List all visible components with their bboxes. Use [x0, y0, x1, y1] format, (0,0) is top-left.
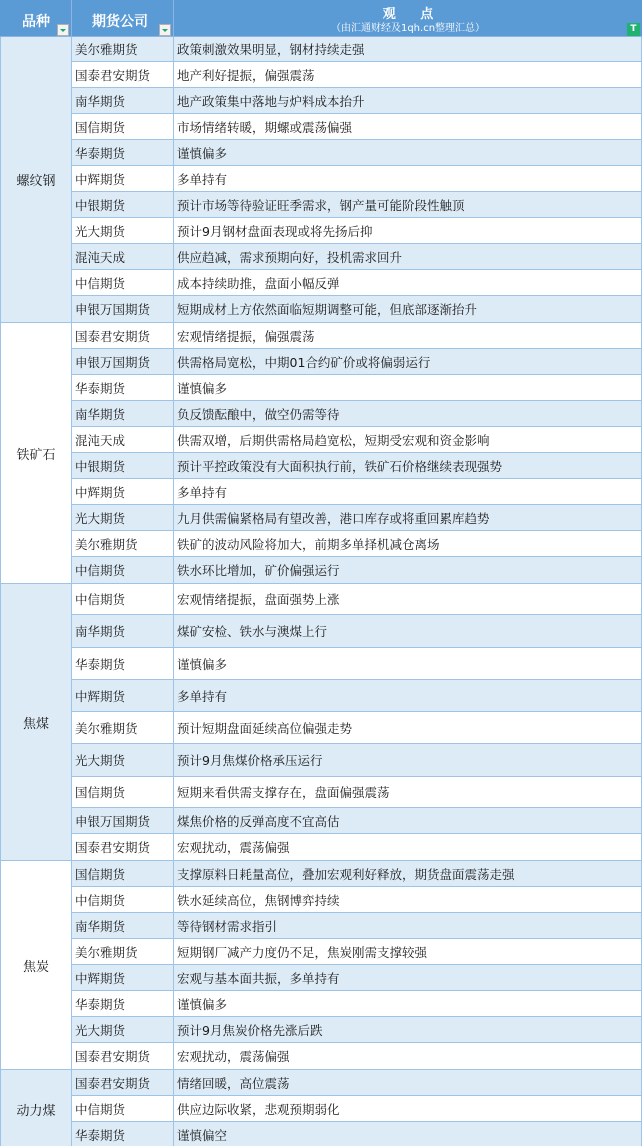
view-cell[interactable]: 谨慎偏多 [174, 648, 642, 679]
table-row: 国信期货市场情绪转暖，期螺或震荡偏强 [72, 114, 642, 140]
table-row: 申银万国期货短期成材上方依然面临短期调整可能，但底部逐渐抬升 [72, 296, 642, 322]
view-cell[interactable]: 供应边际收紧，悲观预期弱化 [174, 1096, 642, 1121]
category-group: 铁矿石国泰君安期货宏观情绪提振，偏强震荡申银万国期货供需格局宽松，中期01合约矿… [0, 323, 642, 584]
view-cell[interactable]: 预计9月钢材盘面表现或将先扬后抑 [174, 218, 642, 243]
table-row: 美尔雅期货政策刺激效果明显，钢材持续走强 [72, 37, 642, 62]
company-cell[interactable]: 南华期货 [72, 913, 174, 938]
group-rows: 国泰君安期货宏观情绪提振，偏强震荡申银万国期货供需格局宽松，中期01合约矿价或将… [72, 323, 642, 583]
view-cell[interactable]: 情绪回暖，高位震荡 [174, 1070, 642, 1095]
group-rows: 国信期货支撑原料日耗量高位，叠加宏观利好释放，期货盘面震荡走强中信期货铁水延续高… [72, 861, 642, 1069]
table-row: 中辉期货多单持有 [72, 166, 642, 192]
table-row: 中银期货预计平控政策没有大面积执行前，铁矿石价格继续表现强势 [72, 453, 642, 479]
table-row: 光大期货预计9月钢材盘面表现或将先扬后抑 [72, 218, 642, 244]
company-cell[interactable]: 申银万国期货 [72, 349, 174, 374]
company-cell[interactable]: 光大期货 [72, 218, 174, 243]
table-row: 申银万国期货供需格局宽松，中期01合约矿价或将偏弱运行 [72, 349, 642, 375]
view-cell[interactable]: 地产利好提振，偏强震荡 [174, 62, 642, 87]
company-cell[interactable]: 国泰君安期货 [72, 1043, 174, 1069]
header-company: 期货公司 [72, 0, 174, 37]
view-cell[interactable]: 谨慎偏多 [174, 140, 642, 165]
company-cell[interactable]: 中辉期货 [72, 479, 174, 504]
company-cell[interactable]: 南华期货 [72, 88, 174, 113]
table-row: 申银万国期货煤焦价格的反弹高度不宜高估 [72, 808, 642, 834]
group-rows: 中信期货宏观情绪提振，盘面强势上涨南华期货煤矿安检、铁水与澳煤上行华泰期货谨慎偏… [72, 584, 642, 860]
view-cell[interactable]: 支撑原料日耗量高位，叠加宏观利好释放，期货盘面震荡走强 [174, 861, 642, 886]
view-cell[interactable]: 短期来看供需支撑存在，盘面偏强震荡 [174, 777, 642, 807]
view-cell[interactable]: 铁矿的波动风险将加大，前期多单择机减仓离场 [174, 531, 642, 556]
view-cell[interactable]: 供需格局宽松，中期01合约矿价或将偏弱运行 [174, 349, 642, 374]
company-cell[interactable]: 中信期货 [72, 887, 174, 912]
header-view-subtitle: （由汇通财经及1qh.cn整理汇总） [174, 19, 642, 34]
company-cell[interactable]: 中信期货 [72, 270, 174, 295]
view-cell[interactable]: 负反馈酝酿中，做空仍需等待 [174, 401, 642, 426]
company-cell[interactable]: 美尔雅期货 [72, 531, 174, 556]
view-cell[interactable]: 多单持有 [174, 166, 642, 191]
company-cell[interactable]: 美尔雅期货 [72, 939, 174, 964]
view-cell[interactable]: 谨慎偏多 [174, 991, 642, 1016]
category-group: 动力煤国泰君安期货情绪回暖，高位震荡中信期货供应边际收紧，悲观预期弱化华泰期货谨… [0, 1070, 642, 1146]
view-cell[interactable]: 谨慎偏多 [174, 375, 642, 400]
company-cell[interactable]: 美尔雅期货 [72, 37, 174, 61]
table-row: 中信期货铁水环比增加，矿价偏强运行 [72, 557, 642, 583]
header-category-label: 品种 [22, 11, 50, 31]
company-cell[interactable]: 国信期货 [72, 777, 174, 807]
view-cell[interactable]: 铁水环比增加，矿价偏强运行 [174, 557, 642, 583]
group-rows: 国泰君安期货情绪回暖，高位震荡中信期货供应边际收紧，悲观预期弱化华泰期货谨慎偏空 [72, 1070, 642, 1146]
table-row: 国泰君安期货宏观扰动，震荡偏强 [72, 834, 642, 860]
table-row: 国信期货支撑原料日耗量高位，叠加宏观利好释放，期货盘面震荡走强 [72, 861, 642, 887]
table-row: 中辉期货多单持有 [72, 479, 642, 505]
view-cell[interactable]: 九月供需偏紧格局有望改善，港口库存或将重回累库趋势 [174, 505, 642, 530]
category-cell[interactable]: 动力煤 [0, 1070, 72, 1146]
table-row: 南华期货等待钢材需求指引 [72, 913, 642, 939]
view-cell[interactable]: 预计短期盘面延续高位偏强走势 [174, 712, 642, 743]
company-cell[interactable]: 中信期货 [72, 584, 174, 614]
company-cell[interactable]: 国信期货 [72, 114, 174, 139]
table-row: 华泰期货谨慎偏多 [72, 375, 642, 401]
company-cell[interactable]: 中银期货 [72, 192, 174, 217]
table-row: 南华期货地产政策集中落地与炉料成本抬升 [72, 88, 642, 114]
table-row: 美尔雅期货预计短期盘面延续高位偏强走势 [72, 712, 642, 744]
table-row: 中银期货预计市场等待验证旺季需求，钢产量可能阶段性触顶 [72, 192, 642, 218]
view-cell[interactable]: 短期钢厂减产力度仍不足，焦炭刚需支撑较强 [174, 939, 642, 964]
table-row: 中信期货成本持续助推，盘面小幅反弹 [72, 270, 642, 296]
header-view: 观 点 （由汇通财经及1qh.cn整理汇总） T [174, 0, 642, 37]
table-row: 光大期货九月供需偏紧格局有望改善，港口库存或将重回累库趋势 [72, 505, 642, 531]
table-row: 国泰君安期货情绪回暖，高位震荡 [72, 1070, 642, 1096]
company-cell[interactable]: 中银期货 [72, 453, 174, 478]
table-row: 国泰君安期货地产利好提振，偏强震荡 [72, 62, 642, 88]
table-row: 中信期货铁水延续高位，焦钢博弈持续 [72, 887, 642, 913]
company-cell[interactable]: 国泰君安期货 [72, 834, 174, 860]
table-row: 国泰君安期货宏观扰动，震荡偏强 [72, 1043, 642, 1069]
company-cell[interactable]: 申银万国期货 [72, 296, 174, 322]
view-cell[interactable]: 供应趋减，需求预期向好，投机需求回升 [174, 244, 642, 269]
table-row: 南华期货负反馈酝酿中，做空仍需等待 [72, 401, 642, 427]
group-rows: 美尔雅期货政策刺激效果明显，钢材持续走强国泰君安期货地产利好提振，偏强震荡南华期… [72, 37, 642, 322]
company-cell[interactable]: 南华期货 [72, 401, 174, 426]
table-row: 光大期货预计9月焦煤价格承压运行 [72, 744, 642, 777]
view-cell[interactable]: 煤矿安检、铁水与澳煤上行 [174, 615, 642, 647]
dropdown-arrow-icon[interactable] [57, 24, 69, 36]
table-header: 品种 期货公司 观 点 （由汇通财经及1qh.cn整理汇总） T [0, 0, 642, 37]
filter-icon[interactable]: T [627, 23, 640, 36]
view-cell[interactable]: 等待钢材需求指引 [174, 913, 642, 938]
futures-opinion-sheet: 品种 期货公司 观 点 （由汇通财经及1qh.cn整理汇总） T 螺纹钢美尔雅期… [0, 0, 642, 1146]
company-cell[interactable]: 中辉期货 [72, 965, 174, 990]
table-row: 光大期货预计9月焦炭价格先涨后跌 [72, 1017, 642, 1043]
company-cell[interactable]: 混沌天成 [72, 427, 174, 452]
table-row: 华泰期货谨慎偏多 [72, 140, 642, 166]
view-cell[interactable]: 预计市场等待验证旺季需求，钢产量可能阶段性触顶 [174, 192, 642, 217]
company-cell[interactable]: 光大期货 [72, 1017, 174, 1042]
header-company-label: 期货公司 [92, 11, 148, 31]
view-cell[interactable]: 预计9月焦煤价格承压运行 [174, 744, 642, 776]
company-cell[interactable]: 中辉期货 [72, 680, 174, 711]
company-cell[interactable]: 华泰期货 [72, 375, 174, 400]
table-row: 美尔雅期货铁矿的波动风险将加大，前期多单择机减仓离场 [72, 531, 642, 557]
company-cell[interactable]: 华泰期货 [72, 140, 174, 165]
table-body: 螺纹钢美尔雅期货政策刺激效果明显，钢材持续走强国泰君安期货地产利好提振，偏强震荡… [0, 37, 642, 1146]
company-cell[interactable]: 华泰期货 [72, 1122, 174, 1146]
view-cell[interactable]: 宏观扰动，震荡偏强 [174, 1043, 642, 1069]
view-cell[interactable]: 供需双增，后期供需格局趋宽松，短期受宏观和资金影响 [174, 427, 642, 452]
view-cell[interactable]: 地产政策集中落地与炉料成本抬升 [174, 88, 642, 113]
table-row: 华泰期货谨慎偏多 [72, 648, 642, 680]
table-row: 中辉期货多单持有 [72, 680, 642, 712]
table-row: 美尔雅期货短期钢厂减产力度仍不足，焦炭刚需支撑较强 [72, 939, 642, 965]
company-cell[interactable]: 光大期货 [72, 505, 174, 530]
company-cell[interactable]: 中辉期货 [72, 166, 174, 191]
company-cell[interactable]: 混沌天成 [72, 244, 174, 269]
table-row: 南华期货煤矿安检、铁水与澳煤上行 [72, 615, 642, 648]
view-cell[interactable]: 多单持有 [174, 479, 642, 504]
company-cell[interactable]: 美尔雅期货 [72, 712, 174, 743]
table-row: 中辉期货宏观与基本面共振，多单持有 [72, 965, 642, 991]
company-cell[interactable]: 国泰君安期货 [72, 323, 174, 348]
view-cell[interactable]: 宏观情绪提振，盘面强势上涨 [174, 584, 642, 614]
table-row: 中信期货供应边际收紧，悲观预期弱化 [72, 1096, 642, 1122]
company-cell[interactable]: 国泰君安期货 [72, 1070, 174, 1095]
view-cell[interactable]: 预计平控政策没有大面积执行前，铁矿石价格继续表现强势 [174, 453, 642, 478]
table-row: 国泰君安期货宏观情绪提振，偏强震荡 [72, 323, 642, 349]
view-cell[interactable]: 宏观情绪提振，偏强震荡 [174, 323, 642, 348]
view-cell[interactable]: 短期成材上方依然面临短期调整可能，但底部逐渐抬升 [174, 296, 642, 322]
view-cell[interactable]: 谨慎偏空 [174, 1122, 642, 1146]
dropdown-arrow-icon[interactable] [159, 24, 171, 36]
category-cell[interactable]: 焦炭 [0, 861, 72, 1069]
view-cell[interactable]: 铁水延续高位，焦钢博弈持续 [174, 887, 642, 912]
table-row: 华泰期货谨慎偏多 [72, 991, 642, 1017]
category-group: 螺纹钢美尔雅期货政策刺激效果明显，钢材持续走强国泰君安期货地产利好提振，偏强震荡… [0, 37, 642, 323]
category-cell[interactable]: 焦煤 [0, 584, 72, 860]
table-row: 国信期货短期来看供需支撑存在，盘面偏强震荡 [72, 777, 642, 808]
table-row: 中信期货宏观情绪提振，盘面强势上涨 [72, 584, 642, 615]
company-cell[interactable]: 南华期货 [72, 615, 174, 647]
company-cell[interactable]: 申银万国期货 [72, 808, 174, 833]
company-cell[interactable]: 国信期货 [72, 861, 174, 886]
view-cell[interactable]: 政策刺激效果明显，钢材持续走强 [174, 37, 642, 61]
company-cell[interactable]: 中信期货 [72, 1096, 174, 1121]
category-cell[interactable]: 螺纹钢 [0, 37, 72, 322]
company-cell[interactable]: 国泰君安期货 [72, 62, 174, 87]
view-cell[interactable]: 市场情绪转暖，期螺或震荡偏强 [174, 114, 642, 139]
table-row: 混沌天成供应趋减，需求预期向好，投机需求回升 [72, 244, 642, 270]
view-cell[interactable]: 成本持续助推，盘面小幅反弹 [174, 270, 642, 295]
category-group: 焦炭国信期货支撑原料日耗量高位，叠加宏观利好释放，期货盘面震荡走强中信期货铁水延… [0, 861, 642, 1070]
company-cell[interactable]: 华泰期货 [72, 648, 174, 679]
table-row: 华泰期货谨慎偏空 [72, 1122, 642, 1146]
view-cell[interactable]: 煤焦价格的反弹高度不宜高估 [174, 808, 642, 833]
view-cell[interactable]: 预计9月焦炭价格先涨后跌 [174, 1017, 642, 1042]
company-cell[interactable]: 中信期货 [72, 557, 174, 583]
view-cell[interactable]: 宏观扰动，震荡偏强 [174, 834, 642, 860]
view-cell[interactable]: 多单持有 [174, 680, 642, 711]
category-cell[interactable]: 铁矿石 [0, 323, 72, 583]
view-cell[interactable]: 宏观与基本面共振，多单持有 [174, 965, 642, 990]
header-category: 品种 [0, 0, 72, 37]
category-group: 焦煤中信期货宏观情绪提振，盘面强势上涨南华期货煤矿安检、铁水与澳煤上行华泰期货谨… [0, 584, 642, 861]
company-cell[interactable]: 光大期货 [72, 744, 174, 776]
company-cell[interactable]: 华泰期货 [72, 991, 174, 1016]
table-row: 混沌天成供需双增，后期供需格局趋宽松，短期受宏观和资金影响 [72, 427, 642, 453]
